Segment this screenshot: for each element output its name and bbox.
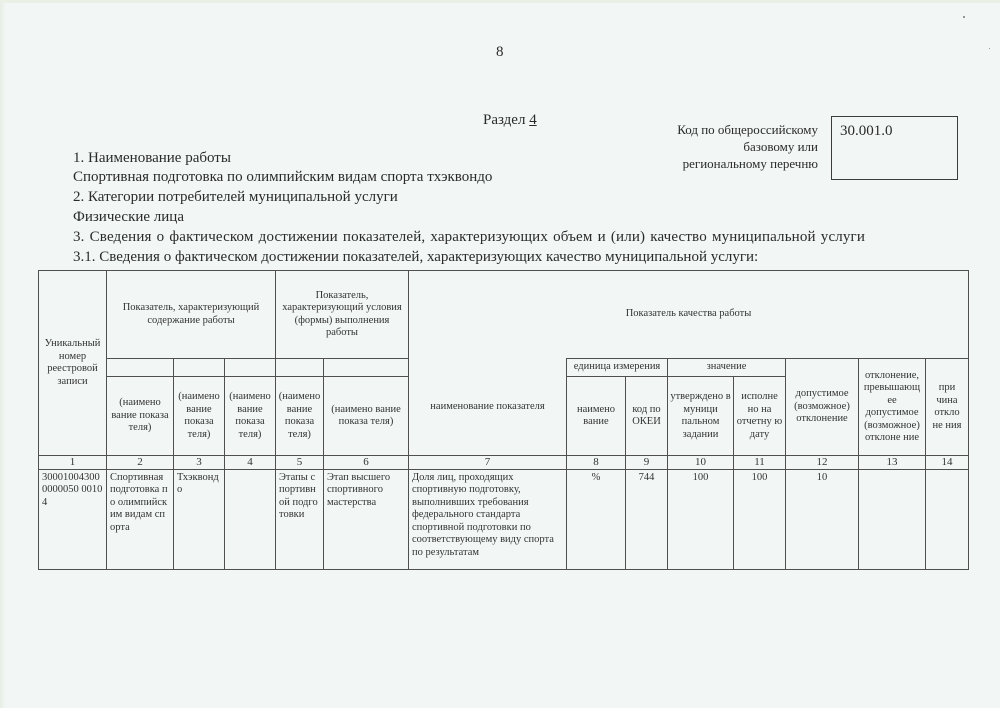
column-number: 2	[107, 456, 174, 470]
column-number: 3	[174, 456, 225, 470]
quality-indicators-table: Уникальный номер реестровой записи Показ…	[38, 270, 969, 570]
scan-edge-top	[0, 0, 1000, 3]
column-number-row: 1 2 3 4 5 6 7 8 9 10 11 12 13 14	[39, 456, 969, 470]
column-number: 7	[409, 456, 567, 470]
registry-code-value: 30.001.0	[840, 123, 893, 140]
section-label: Раздел	[483, 112, 525, 128]
page-number: 8	[496, 44, 504, 61]
cell-unit-name: %	[567, 469, 626, 569]
header-unique-number: Уникальный номер реестровой записи	[39, 271, 107, 456]
header-indicator-name: наименование показателя	[409, 359, 567, 456]
cell-exceeding-deviation	[859, 469, 926, 569]
cell-allowed-deviation: 10	[786, 469, 859, 569]
cell-approved: 100	[668, 469, 734, 569]
column-number: 6	[324, 456, 409, 470]
header-unit-name: наимено вание	[567, 377, 626, 456]
item2-value: Физические лица	[73, 209, 184, 226]
cell-executed: 100	[734, 469, 786, 569]
column-number: 14	[926, 456, 969, 470]
column-number: 12	[786, 456, 859, 470]
item31-heading: 3.1. Сведения о фактическом достижении п…	[73, 249, 758, 266]
table-row: 300010043000000050 00104 Спортивная подг…	[39, 469, 969, 569]
header-value: значение	[668, 359, 786, 377]
registry-code-box: 30.001.0	[831, 116, 958, 180]
header-okei-code: код по ОКЕИ	[626, 377, 668, 456]
cell-deviation-reason	[926, 469, 969, 569]
section-title: Раздел 4	[483, 112, 537, 129]
scan-speck	[989, 48, 990, 49]
scan-edge	[0, 0, 6, 708]
item3-heading: 3. Сведения о фактическом достижении пок…	[73, 229, 865, 246]
header-content-1: (наимено вание показа теля)	[107, 377, 174, 456]
column-number: 10	[668, 456, 734, 470]
column-number: 9	[626, 456, 668, 470]
header-empty	[225, 359, 276, 377]
column-number: 13	[859, 456, 926, 470]
column-number: 5	[276, 456, 324, 470]
cell-condition-2: Этап высшего спортивного мастерства	[324, 469, 409, 569]
cell-content-3	[225, 469, 276, 569]
header-empty	[324, 359, 409, 377]
column-number: 1	[39, 456, 107, 470]
cell-condition-1: Этапы спортивной подготовки	[276, 469, 324, 569]
header-condition-2: (наимено вание показа теля)	[324, 377, 409, 456]
item1-value: Спортивная подготовка по олимпийским вид…	[73, 169, 492, 186]
item1-heading: 1. Наименование работы	[73, 150, 231, 167]
header-content-indicator: Показатель, характеризующий содержание р…	[107, 271, 276, 359]
header-approved: утверждено в муници пальном задании	[668, 377, 734, 456]
header-quality-indicator: Показатель качества работы	[409, 271, 969, 359]
header-empty	[174, 359, 225, 377]
column-number: 11	[734, 456, 786, 470]
scan-speck	[963, 16, 965, 18]
section-number: 4	[529, 112, 537, 128]
column-number: 4	[225, 456, 276, 470]
header-conditions-indicator: Показатель, характеризующий условия (фор…	[276, 271, 409, 359]
header-content-3: (наимено вание показа теля)	[225, 377, 276, 456]
header-unit: единица измерения	[567, 359, 668, 377]
cell-indicator-name: Доля лиц, проходящих спортивную подготов…	[409, 469, 567, 569]
column-number: 8	[567, 456, 626, 470]
cell-content-2: Тхэквондо	[174, 469, 225, 569]
header-condition-1: (наимено вание показа теля)	[276, 377, 324, 456]
header-executed: исполне но на отчетну ю дату	[734, 377, 786, 456]
header-exceeding-deviation: отклонение, превышающ ее допустимое (воз…	[859, 359, 926, 456]
header-allowed-deviation: допустимое (возможное) отклонение	[786, 359, 859, 456]
header-empty	[107, 359, 174, 377]
item2-heading: 2. Категории потребителей муниципальной …	[73, 189, 398, 206]
cell-okei-code: 744	[626, 469, 668, 569]
header-empty	[276, 359, 324, 377]
registry-code-label: Код по общероссийскому базовому или реги…	[612, 121, 818, 172]
cell-unique-number: 300010043000000050 00104	[39, 469, 107, 569]
header-content-2: (наимено вание показа теля)	[174, 377, 225, 456]
cell-content-1: Спортивная подготовка по олимпийским вид…	[107, 469, 174, 569]
header-deviation-reason: при чина откло не ния	[926, 359, 969, 456]
